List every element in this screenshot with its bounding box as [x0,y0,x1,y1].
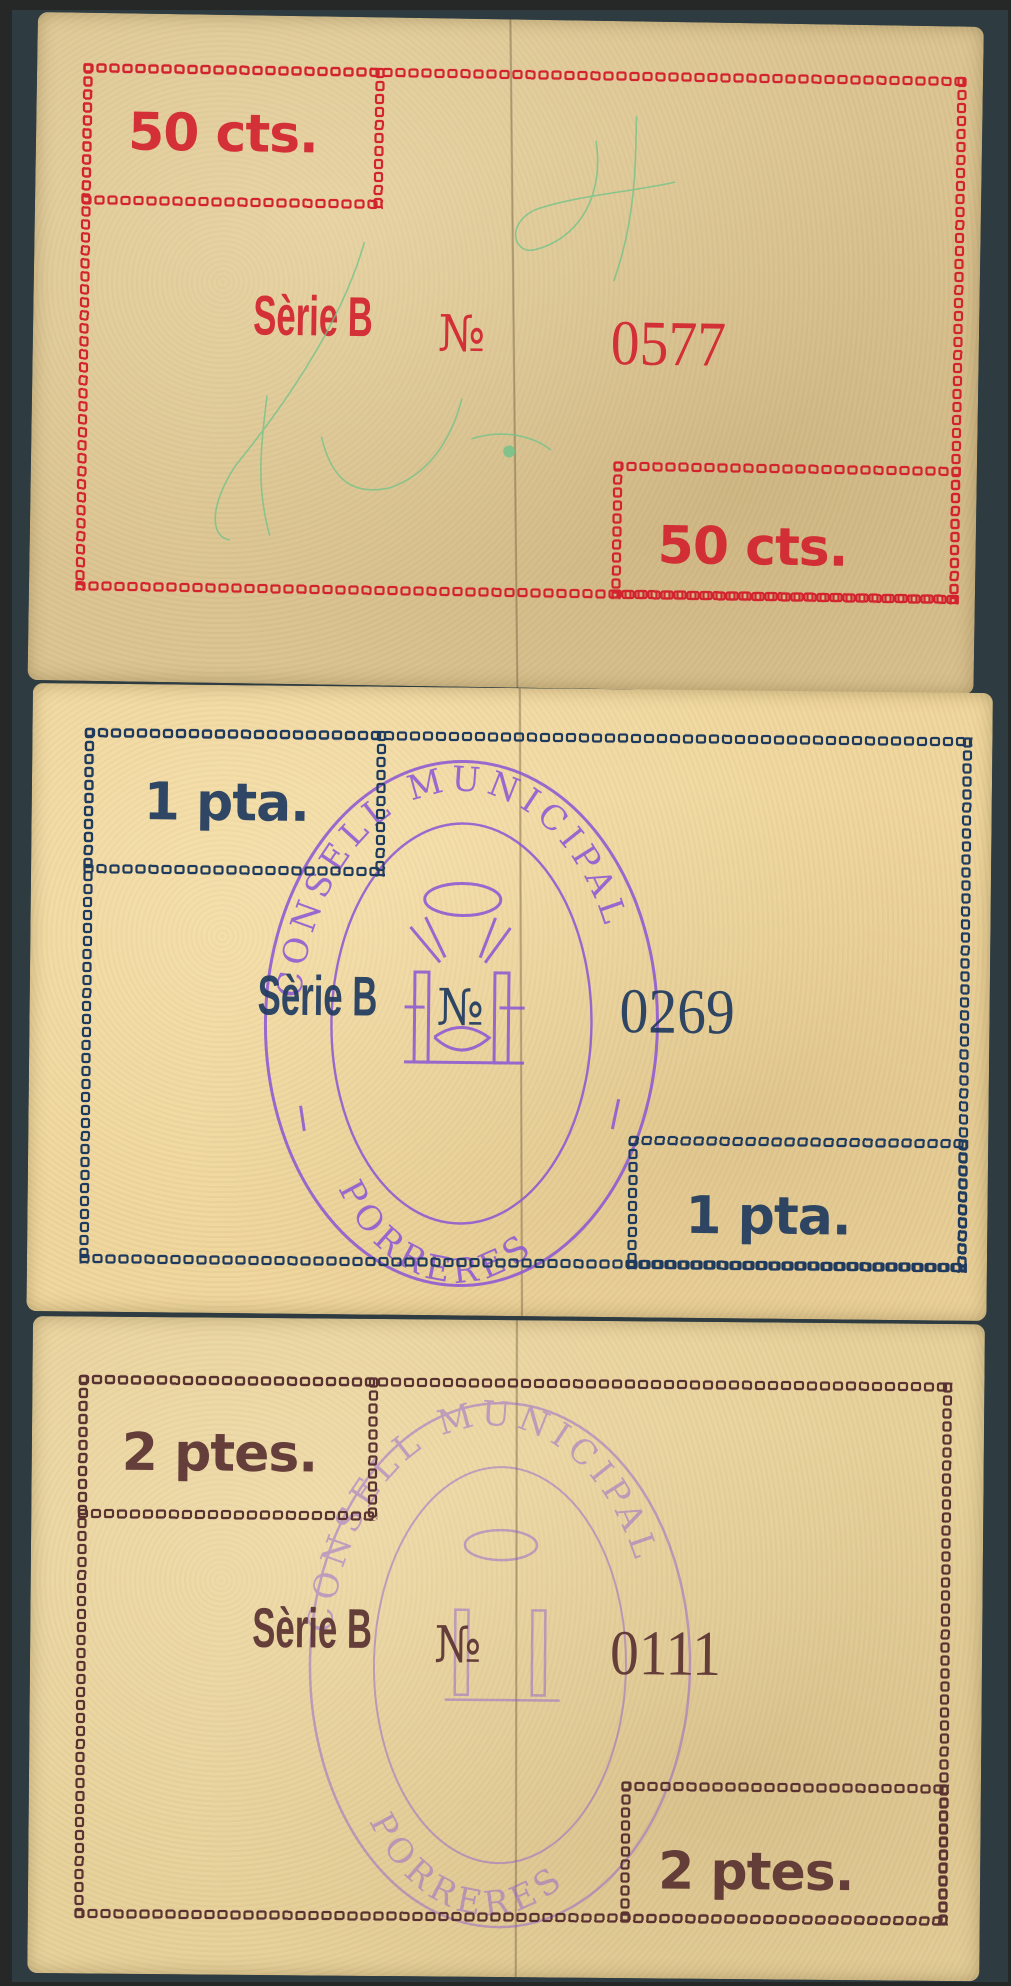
dotted-edge-vertical [938,1784,949,1926]
dotted-edge-vertical [627,1135,638,1269]
number-sign: № [436,982,484,1032]
dotted-edge-horizontal [621,1781,949,1794]
dotted-edge-vertical [83,728,95,874]
dotted-edge-vertical [367,1377,378,1521]
dotted-edge-vertical [375,731,387,877]
dotted-edge-vertical [620,1781,631,1923]
dotted-edge-vertical [957,1139,968,1273]
serial-number: 0269 [619,979,735,1044]
banknote-1-pta: CONSELL MUNICIPAL PORRERES 1 pta. 1 pta.… [26,683,993,1321]
series-label: Sèrie B [257,967,377,1024]
banknote-50-cts: 50 cts. 50 cts. Sèrie B № 0577 [28,12,984,695]
banknote-2-ptes: CONSELL MUNICIPAL PORRERES 2 ptes. 2 pte… [27,1316,985,1981]
dotted-edge-horizontal [84,728,386,741]
denomination-top-left: 1 pta. [143,776,309,830]
number-sign: № [434,1620,482,1670]
denomination-bottom-right: 1 pta. [685,1190,851,1244]
dotted-edge-vertical [77,1374,88,1518]
serial-number: 0111 [610,1621,721,1686]
denomination-bottom-right: 2 ptes. [658,1845,854,1899]
denomination-top-left: 2 ptes. [122,1427,318,1481]
dotted-edge-horizontal [78,1374,378,1387]
series-label: Sèrie B [252,1600,372,1657]
pencil-scribble [28,12,984,695]
